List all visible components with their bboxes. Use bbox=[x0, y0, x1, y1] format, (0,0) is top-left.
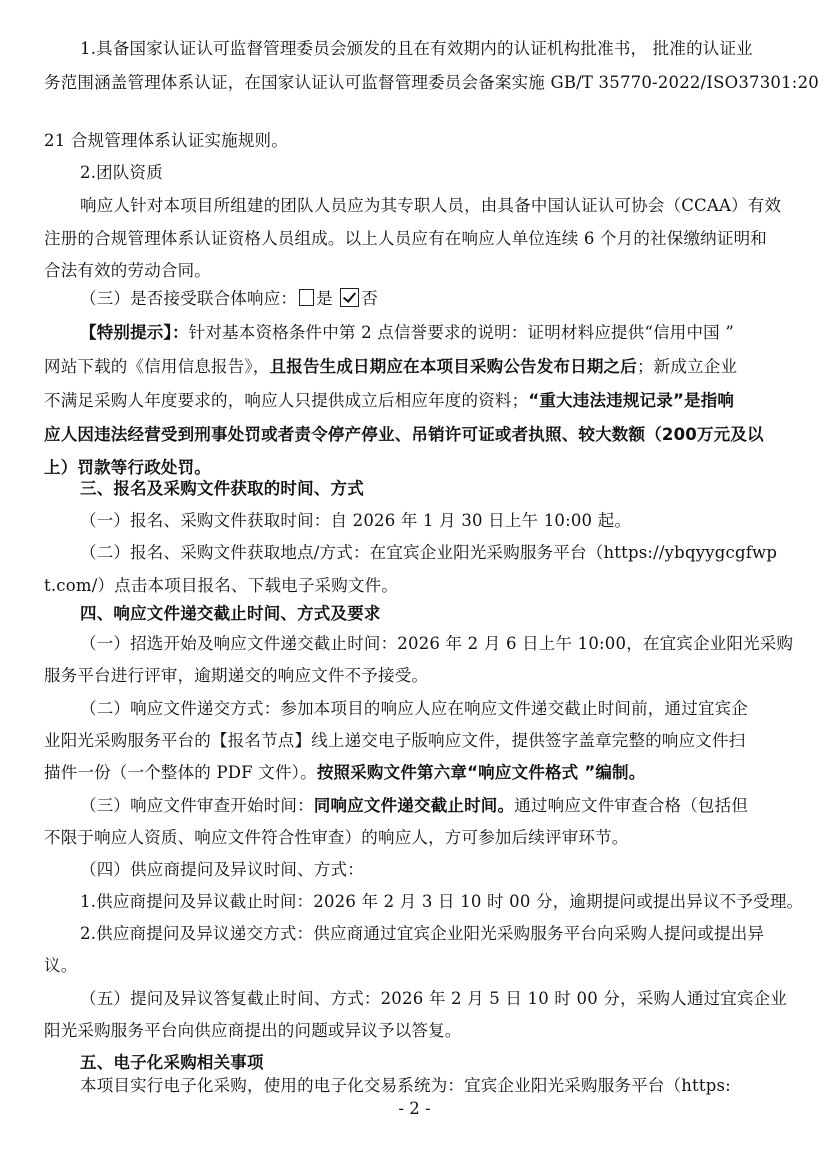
special-notice-line: 不满足采购人年度要求的，响应人只提供成立后相应年度的资料；“重大违法违规记录”是… bbox=[44, 390, 786, 412]
paragraph-line: 21 合规管理体系认证实施规则。 bbox=[44, 130, 786, 152]
paragraph-line: 响应人针对本项目所组建的团队人员应为其专职人员，由具备中国认证认可协会（CCAA… bbox=[80, 195, 786, 217]
notice-text: 针对基本资格条件中第 2 点信誉要求的说明：证明材料应提供“信用中国 ” bbox=[189, 323, 734, 342]
section-heading-4: 四、响应文件递交截止时间、方式及要求 bbox=[80, 603, 786, 625]
special-notice-line: 网站下载的《信用信息报告》，且报告生成日期应在本项目采购公告发布日期之后；新成立… bbox=[44, 356, 786, 378]
consortium-label: （三）是否接受联合体响应： bbox=[80, 289, 297, 308]
paragraph-line: t.com/）点击本项目报名、下载电子采购文件。 bbox=[44, 575, 786, 597]
document-page: 1.具备国家认证认可监督管理委员会颁发的且在有效期内的认证机构批准书， 批准的认… bbox=[0, 0, 829, 1169]
paragraph-line: 1.供应商提问及异议截止时间：2026 年 2 月 3 日 10 时 00 分，… bbox=[80, 891, 786, 913]
notice-text: 不满足采购人年度要求的，响应人只提供成立后相应年度的资料； bbox=[44, 391, 528, 410]
paragraph-line: 不限于响应人资质、响应文件符合性审查）的响应人，方可参加后续评审环节。 bbox=[44, 827, 786, 849]
notice-emphasis: “重大违法违规记录”是指响 bbox=[528, 391, 734, 410]
paragraph-line: （二）报名、采购文件获取地点/方式：在宜宾企业阳光采购服务平台（https://… bbox=[80, 542, 786, 564]
paragraph-emphasis: 按照采购文件第六章“响应文件格式 ”编制。 bbox=[317, 763, 646, 782]
notice-text: ；新成立企业 bbox=[637, 357, 737, 376]
page-number: - 2 - bbox=[0, 1098, 829, 1120]
option-yes-label: 是 bbox=[316, 289, 333, 308]
section-heading-5: 五、电子化采购相关事项 bbox=[80, 1052, 786, 1074]
paragraph-line: 本项目实行电子化采购，使用的电子化交易系统为：宜宾企业阳光采购服务平台（http… bbox=[80, 1075, 786, 1097]
paragraph-line: 合法有效的劳动合同。 bbox=[44, 260, 786, 282]
paragraph-line: 描件一份（一个整体的 PDF 文件）。按照采购文件第六章“响应文件格式 ”编制。 bbox=[44, 762, 786, 784]
paragraph-text: 描件一份（一个整体的 PDF 文件）。 bbox=[44, 763, 317, 782]
special-notice-line: 上）罚款等行政处罚。 bbox=[44, 457, 786, 479]
paragraph-line: （四）供应商提问及异议时间、方式： bbox=[80, 859, 786, 881]
paragraph-line: 业阳光采购服务平台的【报名节点】线上递交电子版响应文件，提供签字盖章完整的响应文… bbox=[44, 730, 786, 752]
paragraph-emphasis: 同响应文件递交截止时间。 bbox=[314, 796, 514, 815]
checkbox-yes-unchecked bbox=[299, 289, 314, 306]
paragraph-line: （五）提问及异议答复截止时间、方式：2026 年 2 月 5 日 10 时 00… bbox=[80, 988, 786, 1010]
subheading-team-qualification: 2.团队资质 bbox=[80, 162, 786, 184]
paragraph-line: （一）报名、采购文件获取时间：自 2026 年 1 月 30 日上午 10:00… bbox=[80, 510, 786, 532]
paragraph-line: （三）响应文件审查开始时间：同响应文件递交截止时间。通过响应文件审查合格（包括但 bbox=[80, 795, 786, 817]
paragraph-line: （二）响应文件递交方式：参加本项目的响应人应在响应文件递交截止时间前，通过宜宾企 bbox=[80, 698, 786, 720]
special-notice-line: 应人因违法经营受到刑事处罚或者责令停产停业、吊销许可证或者执照、较大数额（200… bbox=[44, 424, 786, 446]
paragraph-line: 议。 bbox=[44, 955, 786, 977]
special-notice-line: 【特别提示】：针对基本资格条件中第 2 点信誉要求的说明：证明材料应提供“信用中… bbox=[80, 322, 786, 344]
paragraph-text: （三）响应文件审查开始时间： bbox=[80, 796, 314, 815]
special-notice-title: 【特别提示】： bbox=[80, 323, 189, 342]
paragraph-line: 服务平台进行评审，逾期递交的响应文件不予接受。 bbox=[44, 665, 786, 687]
checkbox-no-checked bbox=[340, 288, 359, 307]
notice-emphasis: 且报告生成日期应在本项目采购公告发布日期之后 bbox=[270, 357, 637, 376]
paragraph-line: 务范围涵盖管理体系认证，在国家认证认可监督管理委员会备案实施 GB/T 3577… bbox=[44, 72, 786, 94]
paragraph-text: 通过响应文件审查合格（包括但 bbox=[514, 796, 748, 815]
consortium-question: （三）是否接受联合体响应：是 否 bbox=[80, 288, 786, 310]
section-heading-3: 三、报名及采购文件获取的时间、方式 bbox=[80, 478, 786, 500]
paragraph-line: 阳光采购服务平台向供应商提出的问题或异议予以答复。 bbox=[44, 1020, 786, 1042]
paragraph-line: 1.具备国家认证认可监督管理委员会颁发的且在有效期内的认证机构批准书， 批准的认… bbox=[80, 38, 786, 60]
paragraph-line: 2.供应商提问及异议递交方式：供应商通过宜宾企业阳光采购服务平台向采购人提问或提… bbox=[80, 923, 786, 945]
paragraph-line: （一）招选开始及响应文件递交截止时间：2026 年 2 月 6 日上午 10:0… bbox=[80, 633, 786, 655]
paragraph-line: 注册的合规管理体系认证资格人员组成。以上人员应有在响应人单位连续 6 个月的社保… bbox=[44, 228, 786, 250]
option-no-label: 否 bbox=[361, 289, 378, 308]
notice-text: 网站下载的《信用信息报告》， bbox=[44, 357, 270, 376]
